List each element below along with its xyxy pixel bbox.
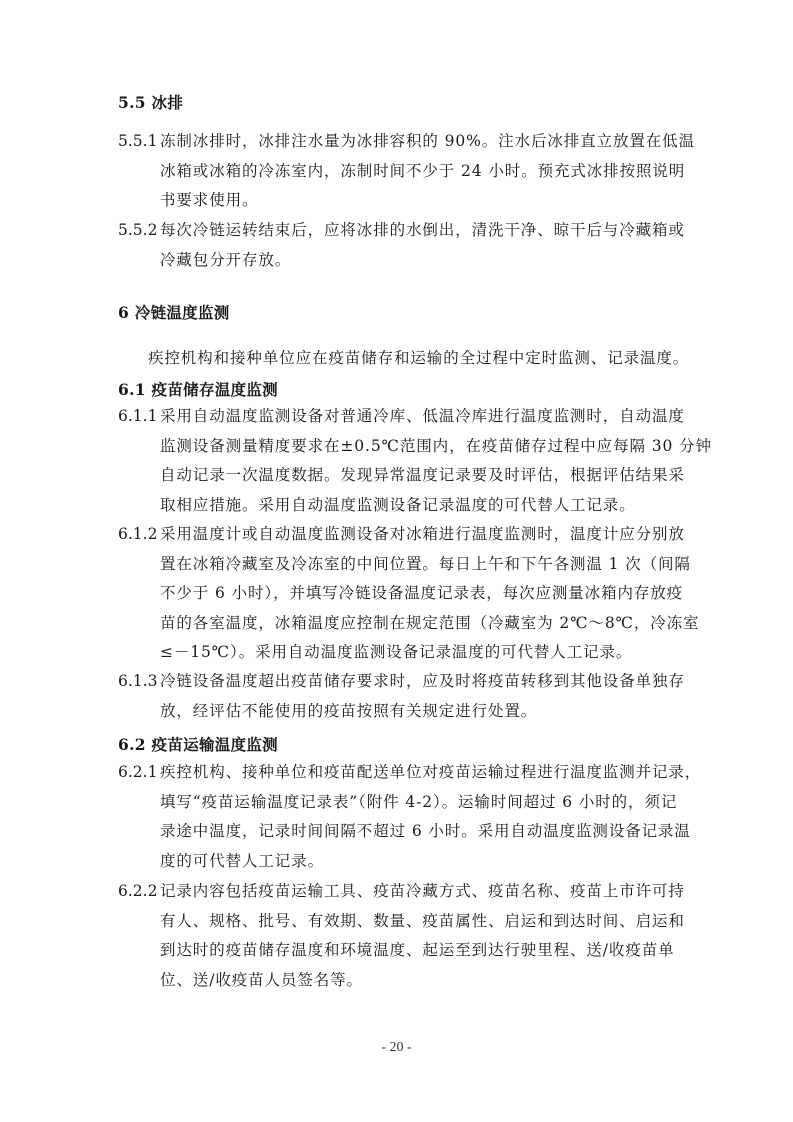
clause-line: 采用自动温度监测设备对普通冷库、低温冷库进行温度监测时，自动温度 bbox=[118, 402, 683, 432]
clause-number: 6.1.3 bbox=[118, 667, 157, 697]
clause-line: 冷链设备温度超出疫苗储存要求时，应及时将疫苗转移到其他设备单独存 bbox=[118, 667, 683, 697]
section-heading-5-5: 5.5 冰排 bbox=[118, 91, 183, 113]
clause-line: 有人、规格、批号、有效期、数量、疫苗属性、启运和到达时间、启运和 bbox=[118, 907, 683, 937]
clause-5-5-1: 5.5.1 冻制冰排时，冰排注水量为冰排容积的 90%。注水后冰排直立放置在低温… bbox=[118, 127, 683, 216]
clause-line: 采用温度计或自动温度监测设备对冰箱进行温度监测时，温度计应分别放 bbox=[118, 520, 683, 550]
clause-line: 填写“疫苗运输温度记录表”（附件 4-2）。运输时间超过 6 小时的，须记 bbox=[118, 788, 683, 818]
clause-line: 自动记录一次温度数据。发现异常温度记录要及时评估，根据评估结果采 bbox=[118, 461, 683, 491]
clause-line: 记录内容包括疫苗运输工具、疫苗冷藏方式、疫苗名称、疫苗上市许可持 bbox=[118, 877, 683, 907]
clause-line: 冷藏包分开存放。 bbox=[118, 246, 683, 276]
section-6-intro: 疾控机构和接种单位应在疫苗储存和运输的全过程中定时监测、记录温度。 bbox=[148, 346, 689, 368]
section-heading-6-1: 6.1 疫苗储存温度监测 bbox=[118, 378, 278, 400]
clause-line: 放，经评估不能使用的疫苗按照有关规定进行处置。 bbox=[118, 697, 683, 727]
clause-6-1-2: 6.1.2 采用温度计或自动温度监测设备对冰箱进行温度监测时，温度计应分别放 置… bbox=[118, 520, 683, 668]
clause-number: 6.2.1 bbox=[118, 758, 157, 788]
clause-line: 苗的各室温度，冰箱温度应控制在规定范围（冷藏室为 2℃～8℃，冷冻室 bbox=[118, 609, 683, 639]
clause-6-2-2: 6.2.2 记录内容包括疫苗运输工具、疫苗冷藏方式、疫苗名称、疫苗上市许可持 有… bbox=[118, 877, 683, 995]
clause-6-1-1: 6.1.1 采用自动温度监测设备对普通冷库、低温冷库进行温度监测时，自动温度 监… bbox=[118, 402, 683, 520]
page-number: - 20 - bbox=[0, 1040, 793, 1056]
clause-line: 疾控机构、接种单位和疫苗配送单位对疫苗运输过程进行温度监测并记录， bbox=[118, 758, 683, 788]
clause-number: 6.1.2 bbox=[118, 520, 157, 550]
clause-line: 每次冷链运转结束后，应将冰排的水倒出，清洗干净、晾干后与冷藏箱或 bbox=[118, 216, 683, 246]
clause-line: 冻制冰排时，冰排注水量为冰排容积的 90%。注水后冰排直立放置在低温 bbox=[118, 127, 683, 157]
clause-line: ≤－15℃）。采用自动温度监测设备记录温度的可代替人工记录。 bbox=[118, 638, 683, 668]
clause-line: 监测设备测量精度要求在±0.5℃范围内，在疫苗储存过程中应每隔 30 分钟 bbox=[118, 432, 683, 462]
clause-number: 5.5.2 bbox=[118, 216, 157, 246]
clause-line: 度的可代替人工记录。 bbox=[118, 847, 683, 877]
clause-number: 5.5.1 bbox=[118, 127, 157, 157]
clause-line: 位、送/收疫苗人员签名等。 bbox=[118, 966, 683, 996]
section-heading-6-2: 6.2 疫苗运输温度监测 bbox=[118, 733, 278, 755]
clause-line: 置在冰箱冷藏室及冷冻室的中间位置。每日上午和下午各测温 1 次（间隔 bbox=[118, 550, 683, 580]
section-heading-6: 6 冷链温度监测 bbox=[118, 301, 230, 323]
clause-line: 到达时的疫苗储存温度和环境温度、起运至到达行驶里程、送/收疫苗单 bbox=[118, 936, 683, 966]
clause-6-2-1: 6.2.1 疾控机构、接种单位和疫苗配送单位对疫苗运输过程进行温度监测并记录， … bbox=[118, 758, 683, 876]
clause-line: 冰箱或冰箱的冷冻室内，冻制时间不少于 24 小时。预充式冰排按照说明 bbox=[118, 157, 683, 187]
clause-line: 书要求使用。 bbox=[118, 186, 683, 216]
clause-number: 6.2.2 bbox=[118, 877, 157, 907]
clause-6-1-3: 6.1.3 冷链设备温度超出疫苗储存要求时，应及时将疫苗转移到其他设备单独存 放… bbox=[118, 667, 683, 726]
document-page: 5.5 冰排 5.5.1 冻制冰排时，冰排注水量为冰排容积的 90%。注水后冰排… bbox=[0, 0, 793, 1122]
clause-line: 录途中温度，记录时间间隔不超过 6 小时。采用自动温度监测设备记录温 bbox=[118, 817, 683, 847]
clause-line: 不少于 6 小时），并填写冷链设备温度记录表，每次应测量冰箱内存放疫 bbox=[118, 579, 683, 609]
clause-5-5-2: 5.5.2 每次冷链运转结束后，应将冰排的水倒出，清洗干净、晾干后与冷藏箱或 冷… bbox=[118, 216, 683, 275]
clause-line: 取相应措施。采用自动温度监测设备记录温度的可代替人工记录。 bbox=[118, 491, 683, 521]
clause-number: 6.1.1 bbox=[118, 402, 157, 432]
